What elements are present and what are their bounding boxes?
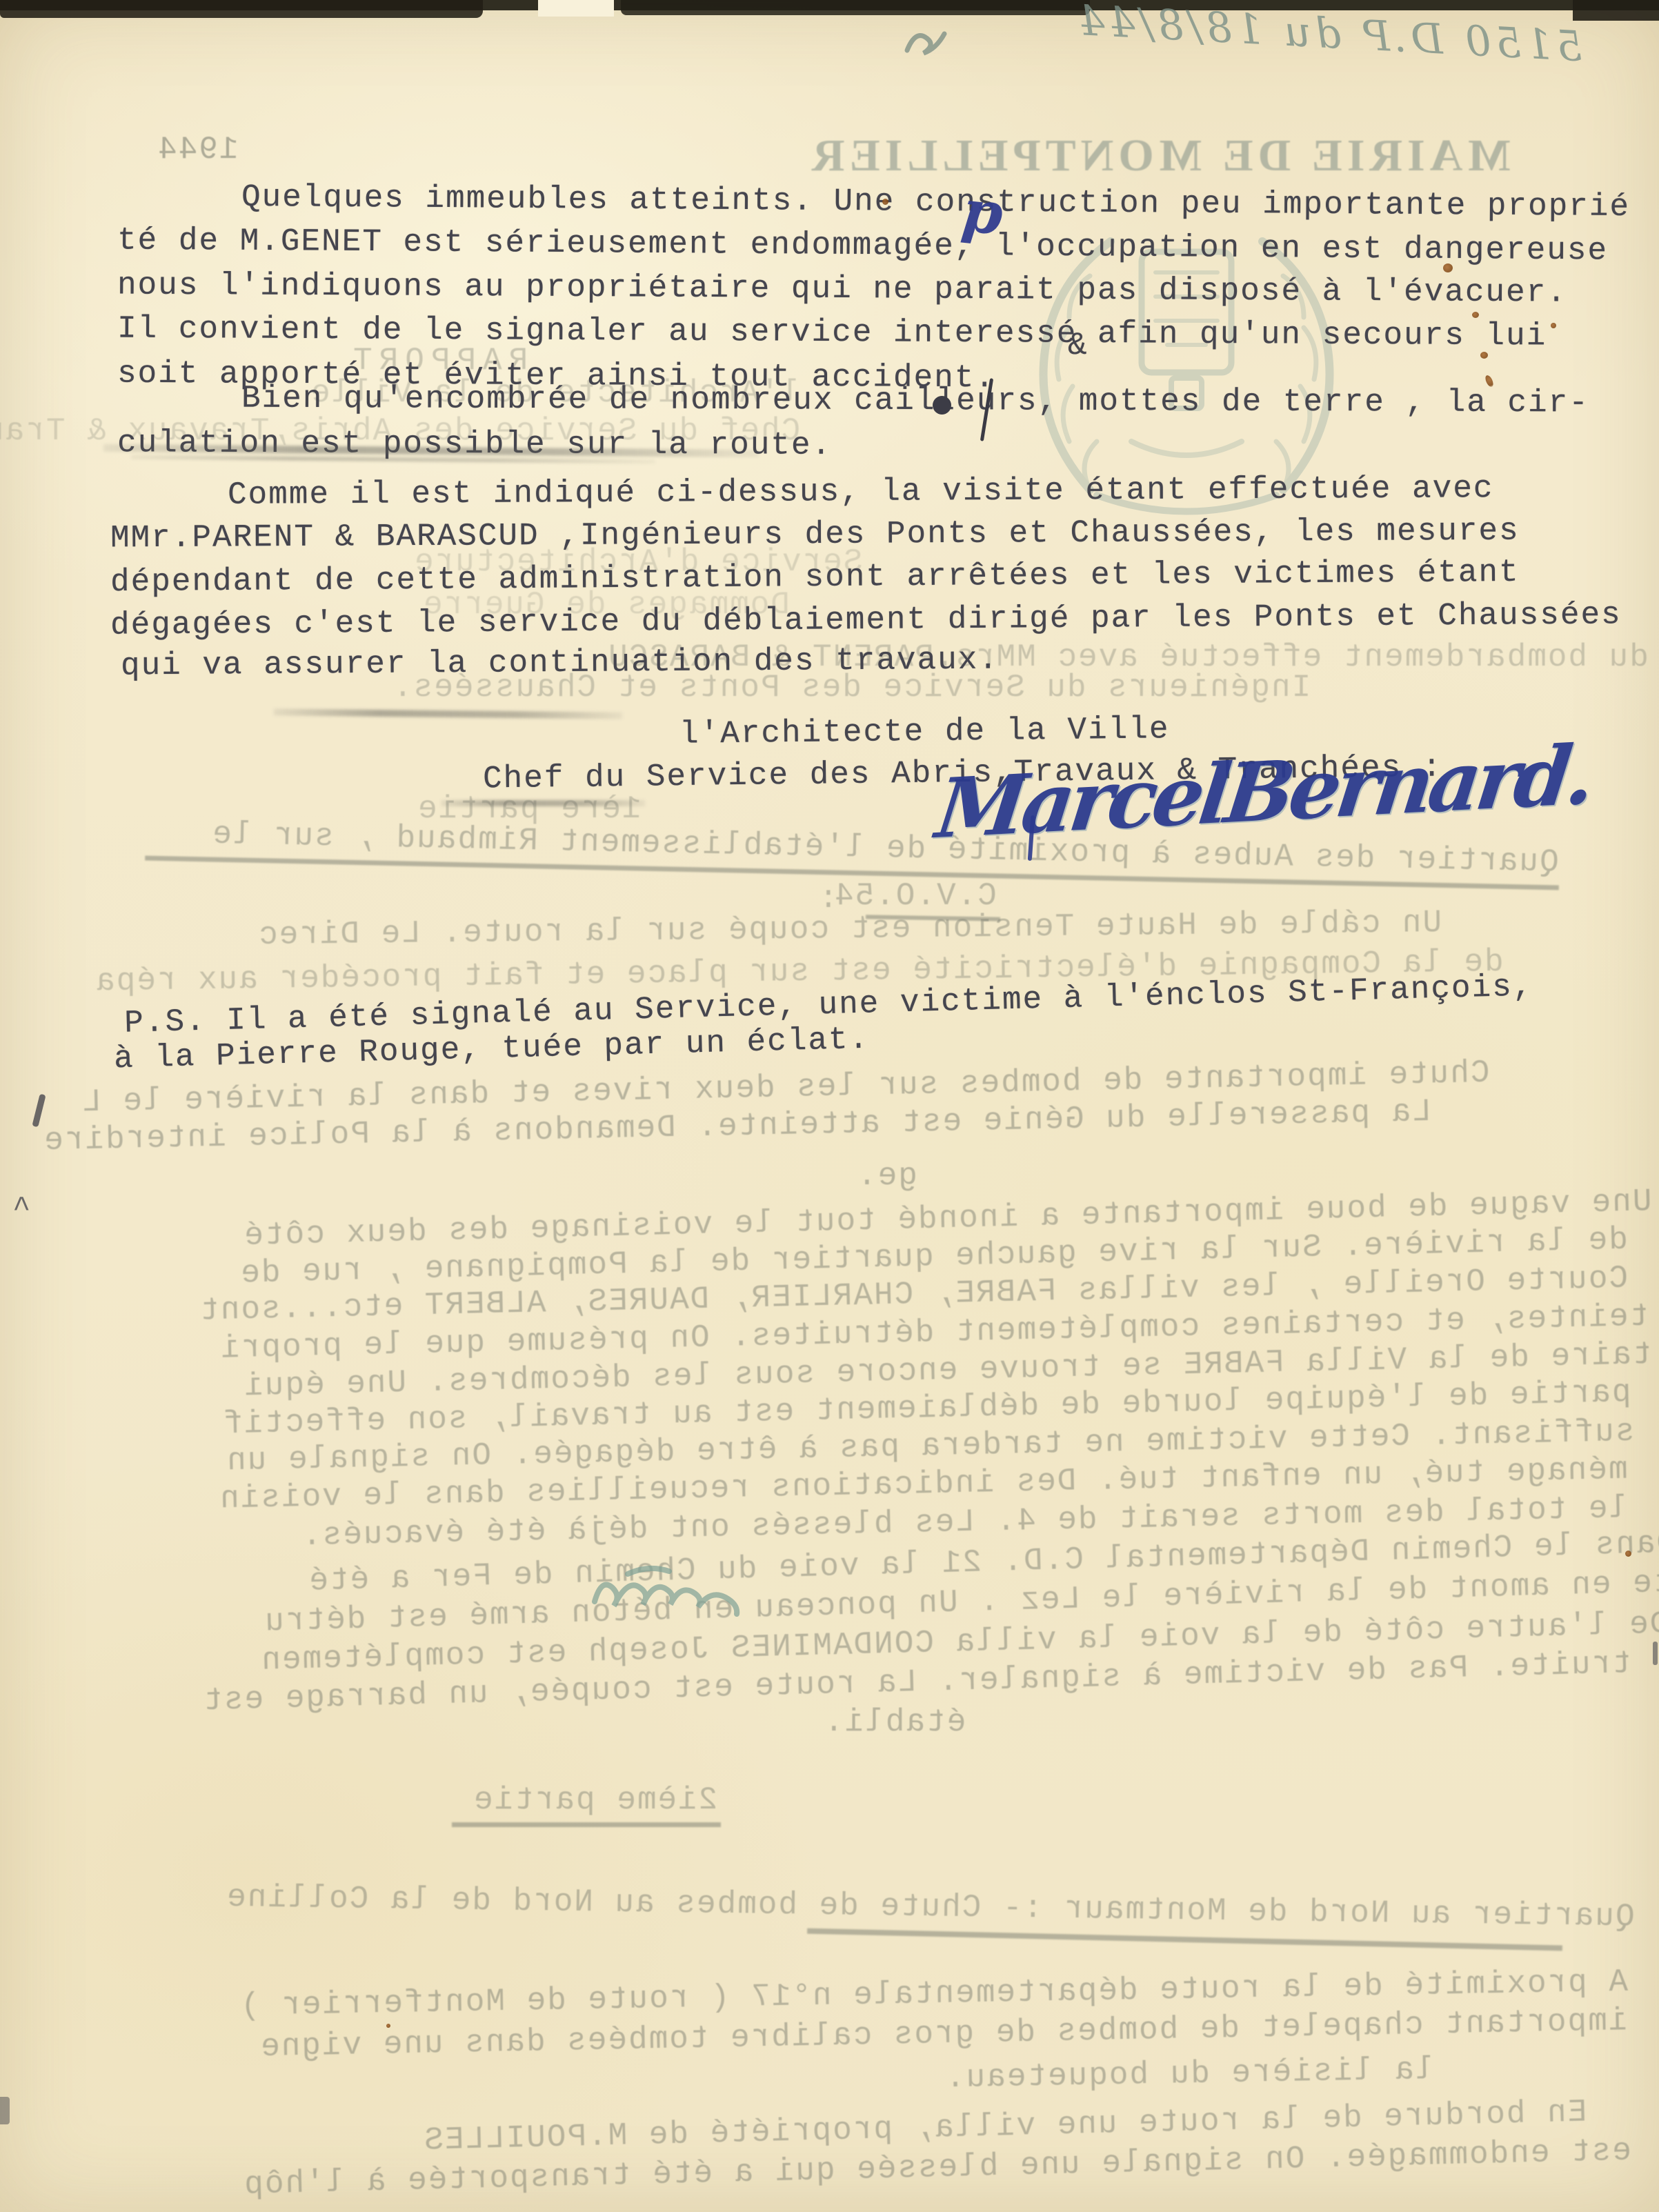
margin-mark bbox=[0, 2097, 10, 2124]
typed-line: Il convient de le signaler au service in… bbox=[117, 312, 1547, 354]
typed-line: Quelques immeubles atteints. Une constru… bbox=[241, 180, 1630, 224]
typed-line: qui va assurer la continuation des trava… bbox=[121, 643, 999, 684]
rust-spot bbox=[1551, 323, 1556, 328]
rust-spot bbox=[1472, 312, 1479, 318]
bleed-heading-ref: C.V.O.54 bbox=[833, 879, 997, 913]
ink-blot bbox=[933, 396, 951, 415]
scan-top-edge-blob-right bbox=[1573, 0, 1659, 21]
handwritten-annotation-illegible bbox=[586, 1560, 745, 1626]
rust-spot bbox=[1625, 1551, 1631, 1557]
scan-top-edge-blob-mid bbox=[621, 0, 1090, 15]
typed-line: dépendant de cette administration sont a… bbox=[110, 555, 1520, 599]
bleed-letterhead: MAIRIE DE MONTPELLIER bbox=[807, 130, 1511, 182]
bleed-line: la lisière du boqueteau. bbox=[944, 2053, 1435, 2095]
bleed-line: établi. bbox=[823, 1705, 966, 1740]
typed-line: Comme il est indiqué ci-dessus, la visit… bbox=[228, 471, 1494, 512]
scan-top-edge-gap bbox=[538, 0, 614, 17]
bleed-part2-heading: 2ième partie bbox=[473, 1783, 717, 1817]
bleed-line: ge. bbox=[856, 1159, 917, 1193]
typed-line: dégagées c'est le service du déblaiement… bbox=[110, 597, 1622, 642]
typed-line: nous l'indiquons au propriétaire qui ne … bbox=[117, 268, 1567, 310]
margin-caret: ^ bbox=[12, 1192, 30, 1226]
rust-spot bbox=[1480, 352, 1488, 359]
rust-spot bbox=[386, 2024, 390, 2028]
bleed-year: 1944 bbox=[157, 132, 238, 167]
scanned-document-page: 5150 D.P du 18/8/44 MAIRIE DE MONTPELLIE… bbox=[0, 0, 1659, 2212]
scan-top-edge-blob-left bbox=[0, 0, 483, 18]
bleed-heading: Quartier au Nord de Montmaur :- Chute de… bbox=[226, 1880, 1635, 1935]
ink-scribble bbox=[900, 19, 948, 61]
signature-title-line: l'Architecte de la Ville bbox=[679, 712, 1170, 751]
bleed-underline bbox=[452, 1822, 721, 1827]
typed-ampersand: & bbox=[1068, 328, 1089, 363]
ink-correction-letter: p bbox=[959, 176, 1006, 248]
rust-spot bbox=[1443, 263, 1453, 272]
typed-line: Bien qu'encombrée de nombreux cailleurs,… bbox=[241, 381, 1589, 421]
margin-mark bbox=[1653, 1642, 1658, 1665]
erased-line-smudge bbox=[274, 708, 622, 719]
typed-line: MMr.PARENT & BARASCUD ,Ingénieurs des Po… bbox=[110, 514, 1520, 556]
erased-line-smudge bbox=[441, 800, 645, 806]
rust-spot bbox=[882, 199, 888, 205]
filing-annotation-handwritten: 5150 D.P du 18/8/44 bbox=[1073, 0, 1584, 71]
bleed-line: Un cáble de Haute Tension est coupé sur … bbox=[257, 906, 1442, 953]
